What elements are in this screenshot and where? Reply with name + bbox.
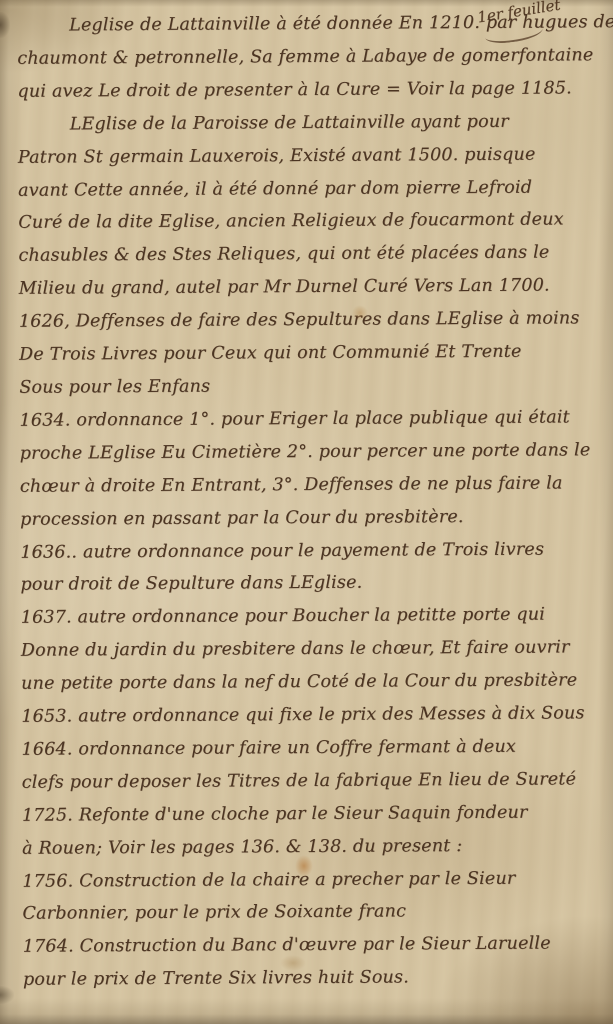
manuscript-line: LEglise de la Paroisse de Lattainville a…	[18, 105, 599, 141]
manuscript-line: Curé de la dite Eglise, ancien Religieux…	[18, 204, 599, 240]
manuscript-line: Donne du jardin du presbitere dans le ch…	[21, 631, 602, 667]
page-edge-mark	[0, 12, 10, 38]
manuscript-line: à Rouen; Voir les pages 136. & 138. du p…	[22, 829, 603, 865]
manuscript-line: 1636.. autre ordonnance pour le payement…	[20, 533, 601, 569]
manuscript-line: 1626, Deffenses de faire des Sepultures …	[19, 302, 600, 338]
manuscript-page: 1er feuillet Leglise de Lattainville à é…	[0, 0, 613, 1024]
manuscript-line: chasubles & des Stes Reliques, qui ont é…	[18, 237, 599, 273]
manuscript-line: avant Cette année, il à été donné par do…	[18, 171, 599, 207]
manuscript-line: une petite porte dans la nef du Coté de …	[21, 664, 602, 700]
manuscript-line: Carbonnier, pour le prix de Soixante fra…	[22, 895, 603, 931]
manuscript-line: Leglise de Lattainville à été donnée En …	[17, 6, 598, 42]
manuscript-line: pour le prix de Trente Six livres huit S…	[23, 960, 604, 996]
manuscript-line: 1653. autre ordonnance qui fixe le prix …	[21, 697, 602, 733]
manuscript-line: Milieu du grand, autel par Mr Durnel Cur…	[19, 269, 600, 305]
manuscript-line: qui avez Le droit de presenter à la Cure…	[17, 72, 598, 108]
manuscript-line: chœur à droite En Entrant, 3°. Deffenses…	[20, 467, 601, 503]
manuscript-line: 1664. ordonnance pour faire un Coffre fe…	[21, 730, 602, 766]
manuscript-line: 1756. Construction de la chaire a preche…	[22, 862, 603, 898]
manuscript-line: 1725. Refonte d'une cloche par le Sieur …	[22, 796, 603, 832]
manuscript-line: 1634. ordonnance 1°. pour Eriger la plac…	[19, 401, 600, 437]
manuscript-line: Sous pour les Enfans	[19, 368, 600, 404]
manuscript-text: Leglise de Lattainville à été donnée En …	[17, 6, 604, 997]
manuscript-line: proche LEglise Eu Cimetière 2°. pour per…	[20, 434, 601, 470]
manuscript-line: chaumont & petronnelle, Sa femme à Labay…	[17, 39, 598, 75]
page-edge-mark	[0, 986, 14, 1004]
manuscript-line: pour droit de Sepulture dans LEglise.	[20, 566, 601, 602]
manuscript-line: De Trois Livres pour Ceux qui ont Commun…	[19, 335, 600, 371]
manuscript-line: clefs pour deposer les Titres de la fabr…	[22, 763, 603, 799]
manuscript-line: 1637. autre ordonnance pour Boucher la p…	[21, 599, 602, 635]
manuscript-line: 1764. Construction du Banc d'œuvre par l…	[23, 928, 604, 964]
manuscript-line: Patron St germain Lauxerois, Existé avan…	[18, 138, 599, 174]
manuscript-line: procession en passant par la Cour du pre…	[20, 500, 601, 536]
